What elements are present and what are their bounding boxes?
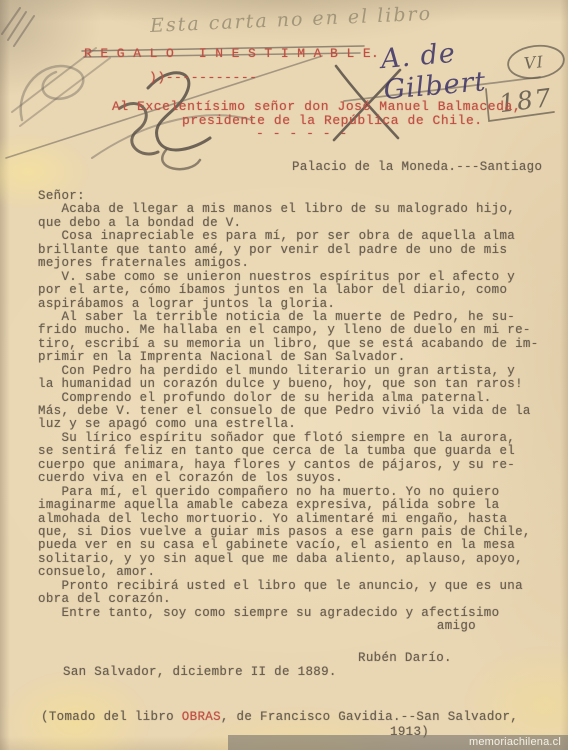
letter-line: amigo [38, 620, 560, 633]
letter-line: Entre tanto, soy como siempre su agradec… [38, 607, 560, 620]
footnote-suffix: , de Francisco Gavidia.--San Salvador, [221, 710, 518, 724]
footnote-line: (Tomado del libro OBRAS, de Francisco Ga… [41, 711, 518, 724]
letter-line: mejores fraternales amigos. [38, 257, 560, 270]
letter-line: consuelo, amor. [38, 566, 560, 579]
watermark-text: memoriachilena.cl [469, 736, 561, 748]
corner-scribble [2, 8, 34, 46]
struck-title: R E G A L O I N E S T I M A B L E. [84, 46, 379, 61]
letter-page: Esta carta no en el libro A. de Gilbert … [0, 0, 568, 750]
salutation-dashes: - - - - - - [256, 126, 348, 141]
footnote-prefix: (Tomado del libro [41, 710, 182, 724]
letter-line: Acaba de llegar a mis manos el libro de … [38, 203, 560, 216]
letter-line: primir en la Imprenta Nacional de San Sa… [38, 351, 560, 364]
letter-line: por el arte, cómo íbamos juntos en la la… [38, 284, 560, 297]
footnote-book-title: OBRAS [182, 710, 221, 724]
watermark-bar: memoriachilena.cl [228, 735, 568, 750]
place-date-line: Palacio de la Moneda.---Santiago [292, 161, 542, 174]
letter-line: luz y se apagó como una estrella. [38, 418, 560, 431]
signature: Rubén Darío. [358, 652, 452, 665]
letter-line: obra del corazón. [38, 593, 560, 606]
date-line: San Salvador, diciembre II de 1889. [63, 666, 337, 679]
letter-body: Señor: Acaba de llegar a mis manos el li… [38, 190, 560, 633]
letter-line: imaginarme aquella amable cabeza expresi… [38, 499, 560, 512]
letter-line: cuerdo viva en el corazón de los suyos. [38, 472, 560, 485]
letter-line: Cosa inapreciable es para mí, por ser ob… [38, 230, 560, 243]
letter-line: pueda ver en su casa el gabinete vacío, … [38, 539, 560, 552]
handwritten-note: Esta carta no en el libro [150, 1, 471, 37]
letter-line: Comprendo el profundo dolor de su herida… [38, 392, 560, 405]
handwritten-roman-numeral: VI [523, 52, 545, 73]
letter-line: aspirábamos a lograr juntos la gloria. [38, 298, 560, 311]
letter-line: la humanidad un corazón dulce y bueno, h… [38, 378, 560, 391]
red-divider: ))----------- [149, 70, 258, 85]
letter-line: almohada del lecho mortuorio. Yo aliment… [38, 513, 560, 526]
letter-line: frido mucho. Me hallaba en el campo, y l… [38, 324, 560, 337]
letter-line: se sentirá feliz en tanto que cerca de l… [38, 445, 560, 458]
salutation-line1: Al Excelentísimo señor don José Manuel B… [112, 99, 521, 114]
